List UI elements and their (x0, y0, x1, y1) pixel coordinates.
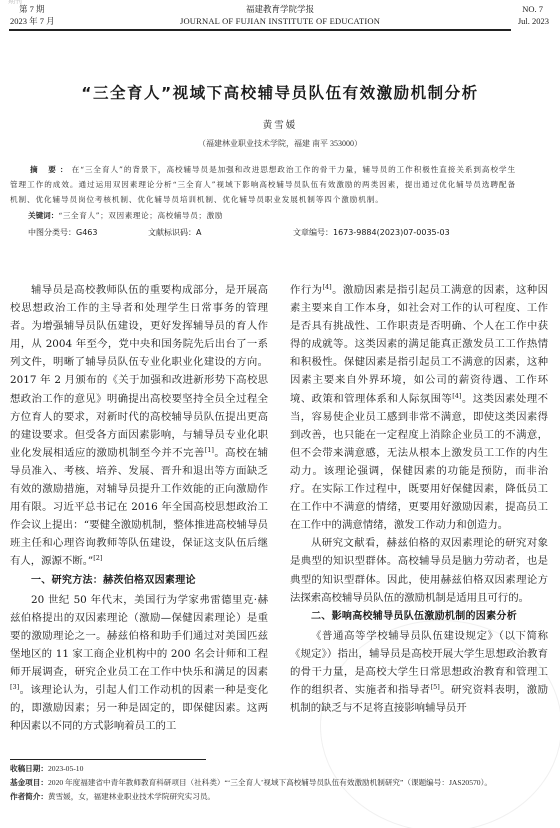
article-title: “三全育人”视域下高校辅导员队伍有效激励机制分析 (0, 81, 560, 103)
document-code: 文献标识码：A (148, 227, 201, 239)
paragraph-factors: 作行为[4]。激励因素是指引起员工满意的因素，这种因素主要来自工作本身，如社会对… (290, 281, 548, 534)
header-rule (9, 29, 511, 31)
abstract-text: 在“三全育人”的背景下，高校辅导员是加强和改进思想政治工作的骨干力量，辅导员的工… (10, 165, 516, 204)
body-column-right: 作行为[4]。激励因素是指引起员工满意的因素，这种因素主要来自工作本身，如社会对… (290, 281, 548, 717)
running-header: 期刊 第 7 期 2023 年 7 月 福建教育学院学报 JOURNAL OF … (0, 0, 560, 29)
date-en: Jul. 2023 (518, 16, 549, 26)
paragraph-method: 20 世纪 50 年代末，美国行为学家弗雷德里克·赫兹伯格提出的双因素理论（激励… (10, 591, 268, 736)
section-heading-1: 一、研究方法：赫茨伯格双因素理论 (10, 571, 268, 591)
citation-ref[interactable]: [5] (431, 683, 440, 691)
author-name: 黄雪媛 (0, 117, 560, 131)
abstract-label: 摘 要： (30, 165, 72, 174)
journal-name-cn: 福建教育学院学报 (0, 4, 560, 14)
footnotes: 收稿日期：2023-05-10 基金项目：2020 年度福建省中青年教师教育科研… (10, 762, 520, 804)
footnote-rule (10, 759, 206, 760)
article-number: 文章编号：1673-9884(2023)07-0035-03 (293, 227, 450, 239)
citation-ref[interactable]: [1] (205, 446, 214, 454)
journal-name-en: JOURNAL OF FUJIAN INSTITUTE OF EDUCATION (0, 16, 560, 26)
body-column-left: 辅导员是高校教师队伍的重要构成部分，是开展高校思想政治工作的主导者和处理学生日常… (10, 281, 268, 735)
clc-number: 中图分类号：G463 (28, 227, 97, 239)
keywords-label: 关键词： (28, 211, 58, 220)
citation-ref[interactable]: [2] (93, 554, 102, 562)
received-date: 收稿日期：2023-05-10 (10, 762, 520, 776)
section-heading-2: 二、影响高校辅导员队伍激励机制的因素分析 (290, 607, 548, 627)
abstract: 摘 要：在“三全育人”的背景下，高校辅导员是加强和改进思想政治工作的骨干力量，辅… (10, 162, 516, 207)
issue-en: NO. 7 (522, 4, 543, 14)
paragraph-literature: 从研究文献看，赫兹伯格的双因素理论的研究对象是典型的知识型群体。高校辅导员是脑力… (290, 534, 548, 606)
paragraph-regulation: 《普通高等学校辅导员队伍建设规定》（以下简称《规定》）指出，辅导员是高校开展大学… (290, 627, 548, 717)
fund-project: 基金项目：2020 年度福建省中青年教师教育科研项目（社科类）“‘三全育人’视域… (10, 776, 520, 790)
citation-ref[interactable]: [4] (322, 283, 331, 291)
author-affiliation: （福建林业职业技术学院，福建 南平 353000） (0, 138, 560, 149)
citation-ref[interactable]: [3] (10, 683, 19, 691)
author-bio: 作者简介：黄雪媛，女，福建林业职业技术学院研究实习员。 (10, 790, 520, 804)
keywords: 关键词：“三全育人”；双因素理论；高校辅导员；激励 (28, 210, 223, 222)
paragraph-intro: 辅导员是高校教师队伍的重要构成部分，是开展高校思想政治工作的主导者和处理学生日常… (10, 281, 268, 571)
keywords-text: “三全育人”；双因素理论；高校辅导员；激励 (58, 211, 223, 220)
